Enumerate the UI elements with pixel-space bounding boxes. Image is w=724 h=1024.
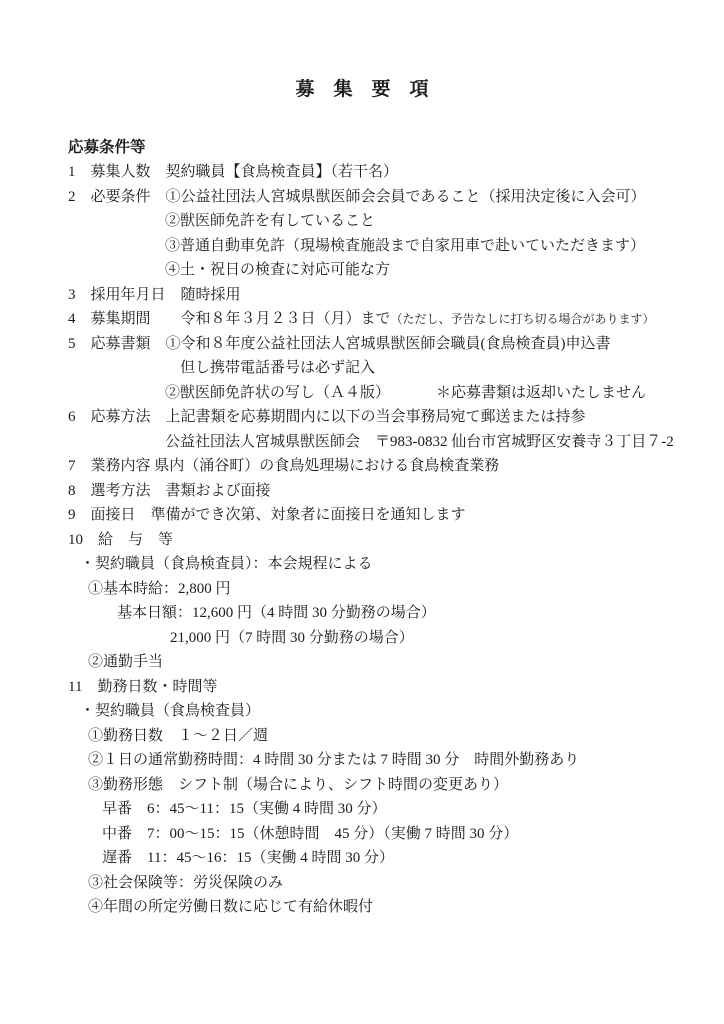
line-recruit-number: 1 募集人数 契約職員【食鳥検査員】（若干名） — [68, 160, 684, 185]
line-working-hours: ②１日の通常勤務時間：4 時間 30 分または 7 時間 30 分 時間外勤務あ… — [68, 748, 684, 773]
line-application-period: 4 募集期間 令和８年３月２３日（月）まで（ただし、予告なしに打ち切る場合があり… — [68, 307, 684, 332]
line-documents-1: 5 応募書類 ①令和８年度公益社団法人宮城県獣医師会職員(食鳥検査員)申込書 — [68, 332, 684, 357]
line-office-address: 公益社団法人宮城県獣医師会 〒983-0832 仙台市宮城野区安養寺３丁目７-2 — [68, 430, 684, 455]
line-commute-allowance: ②通勤手当 — [68, 650, 684, 675]
line-shift-system: ③勤務形態 シフト制（場合により、シフト時間の変更あり） — [68, 773, 684, 798]
line-workdays-heading: 11 勤務日数・時間等 — [68, 675, 684, 700]
line-application-method: 6 応募方法 上記書類を応募期間内に以下の当会事務局宛て郵送または持参 — [68, 405, 684, 430]
line-documents-2: ②獣医師免許状の写し（Ａ４版）＊応募書類は返却いたしません — [68, 381, 684, 406]
line-salary-contract: ・契約職員（食鳥検査員）：本会規程による — [68, 552, 684, 577]
line-workdays-contract: ・契約職員（食鳥検査員） — [68, 699, 684, 724]
documents-2-text: ②獣医師免許状の写し（Ａ４版） — [165, 385, 390, 401]
line-documents-phone-note: 但し携帯電話番号は必ず記入 — [68, 356, 684, 381]
line-requirements-3: ③普通自動車免許（現場検査施設まで自家用車で赴いていただきます） — [68, 234, 684, 259]
document-page: 募 集 要 項 応募条件等 1 募集人数 契約職員【食鳥検査員】（若干名） 2 … — [0, 0, 724, 920]
line-hourly-wage: ①基本時給：2,800 円 — [68, 577, 684, 602]
line-shift-early: 早番 6：45～11：15（実働 4 時間 30 分） — [68, 797, 684, 822]
line-interview-date: 9 面接日 準備ができ次第、対象者に面接日を通知します — [68, 503, 684, 528]
documents-return-note: ＊応募書類は返却いたしません — [436, 385, 646, 401]
line-salary-heading: 10 給 与 等 — [68, 528, 684, 553]
line-selection-method: 8 選考方法 書類および面接 — [68, 479, 684, 504]
line-job-description: 7 業務内容 県内（涌谷町）の食鳥処理場における食鳥検査業務 — [68, 454, 684, 479]
application-period-text: 4 募集期間 令和８年３月２３日（月）まで — [68, 311, 391, 327]
page-title: 募 集 要 項 — [0, 74, 724, 101]
line-requirements-4: ④土・祝日の検査に対応可能な方 — [68, 258, 684, 283]
line-daily-wage-2: 21,000 円（7 時間 30 分勤務の場合） — [68, 626, 684, 651]
section-heading: 応募条件等 — [68, 135, 684, 157]
line-paid-leave: ④年間の所定労働日数に応じて有給休暇付 — [68, 895, 684, 920]
line-hire-date: 3 採用年月日 随時採用 — [68, 283, 684, 308]
line-workdays: ①勤務日数 １～２日／週 — [68, 724, 684, 749]
application-period-note: （ただし、予告なしに打ち切る場合があります） — [391, 312, 655, 326]
line-daily-wage-1: 基本日額：12,600 円（4 時間 30 分勤務の場合） — [68, 601, 684, 626]
line-shift-late: 遅番 11：45～16：15（実働 4 時間 30 分） — [68, 846, 684, 871]
line-social-insurance: ③社会保険等：労災保険のみ — [68, 871, 684, 896]
line-requirements-2: ②獣医師免許を有していること — [68, 209, 684, 234]
line-shift-middle: 中番 7：00～15：15（休憩時間 45 分）（実働 7 時間 30 分） — [68, 822, 684, 847]
line-requirements-1: 2 必要条件 ①公益社団法人宮城県獣医師会会員であること（採用決定後に入会可） — [68, 185, 684, 210]
